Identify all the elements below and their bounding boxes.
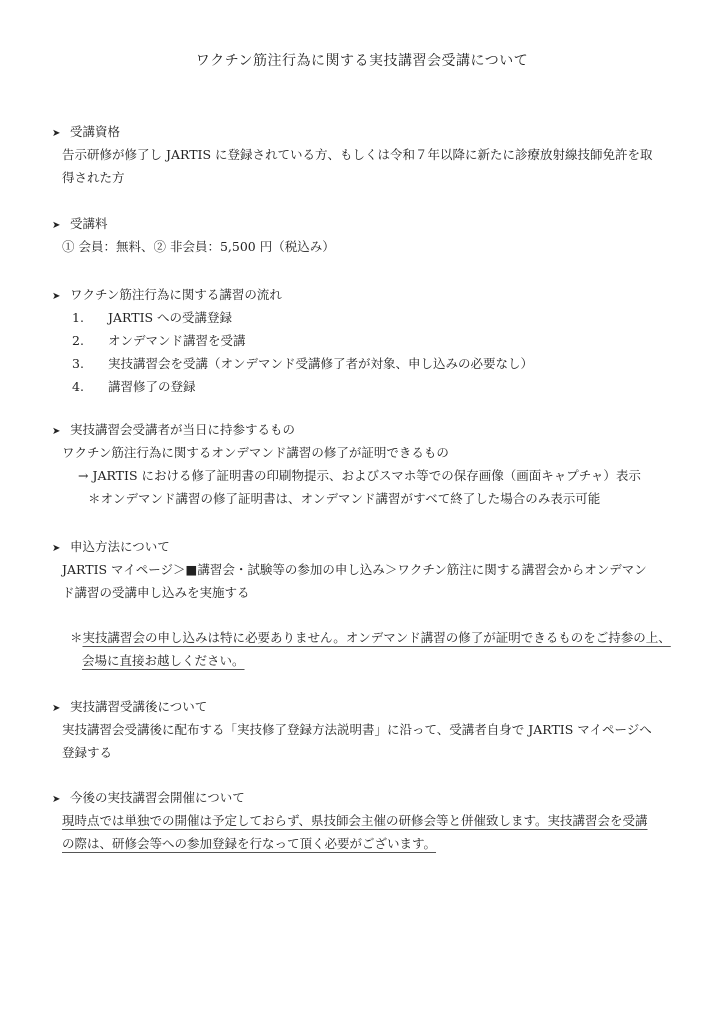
underlined-text: 現時点では単独での開催は予定しておらず、県技師会主催の研修会等と併催致します。実… — [62, 813, 648, 828]
arrow-bullet-icon: ➤ — [52, 420, 70, 443]
arrow-bullet-icon: ➤ — [52, 537, 70, 560]
section-heading: 受講料 — [70, 216, 108, 231]
section-heading: 実技講習受講後について — [70, 699, 207, 714]
section-heading: 受講資格 — [70, 124, 120, 139]
section-eligibility: ➤受講資格 告示研修が修了し JARTIS に登録されている方、もしくは令和７年… — [52, 120, 682, 189]
body-text: 告示研修が修了し JARTIS に登録されている方、もしくは令和７年以降に新たに… — [52, 143, 682, 166]
section-heading: 今後の実技講習会開催について — [70, 790, 245, 805]
section-after-training: ➤実技講習受講後について 実技講習会受講後に配布する「実技修了登録方法説明書」に… — [52, 695, 682, 764]
underlined-text: の際は、研修会等への参加登録を行なって頂く必要がございます。 — [62, 836, 436, 851]
underlined-note: 実技講習会の申し込みは特に必要ありません。オンデマンド講習の修了が証明できるもの… — [83, 630, 671, 645]
section-heading: ワクチン筋注行為に関する講習の流れ — [70, 287, 282, 302]
page-title: ワクチン筋注行為に関する実技講習会受講について — [0, 50, 724, 70]
arrow-bullet-icon: ➤ — [52, 285, 70, 308]
arrow-bullet-icon: ➤ — [52, 697, 70, 720]
body-text: JARTIS マイページ＞■講習会・試験等の参加の申し込み＞ワクチン筋注に関する… — [52, 558, 682, 581]
body-text: 得された方 — [52, 166, 682, 189]
body-text: 実技講習会受講後に配布する「実技修了登録方法説明書」に沿って、受講者自身で JA… — [52, 718, 682, 741]
section-flow: ➤ワクチン筋注行為に関する講習の流れ 1.JARTIS への受講登録 2.オンデ… — [52, 283, 682, 398]
note-line: 会場に直接お越しください。 — [52, 649, 682, 672]
body-text: ド講習の受講申し込みを実施する — [52, 581, 682, 604]
underlined-note: 会場に直接お越しください。 — [82, 653, 245, 668]
arrow-bullet-icon: ➤ — [52, 788, 70, 811]
step-item: 2.オンデマンド講習を受講 — [52, 329, 682, 352]
section-items-to-bring: ➤実技講習会受講者が当日に持参するもの ワクチン筋注行為に関するオンデマンド講習… — [52, 418, 682, 510]
section-heading: 実技講習会受講者が当日に持参するもの — [70, 422, 295, 437]
section-fee: ➤受講料 ① 会員：無料、② 非会員：5,500 円（税込み） — [52, 212, 682, 258]
body-text: → JARTIS における修了証明書の印刷物提示、およびスマホ等での保存画像（画… — [52, 464, 682, 487]
step-item: 4.講習修了の登録 — [52, 375, 682, 398]
fee-text: ① 会員：無料、② 非会員：5,500 円（税込み） — [52, 235, 682, 258]
note-text: ＊オンデマンド講習の修了証明書は、オンデマンド講習がすべて終了した場合のみ表示可… — [52, 487, 682, 510]
step-item: 1.JARTIS への受講登録 — [52, 306, 682, 329]
section-application: ➤申込方法について JARTIS マイページ＞■講習会・試験等の参加の申し込み＞… — [52, 535, 682, 672]
note-line: ＊実技講習会の申し込みは特に必要ありません。オンデマンド講習の修了が証明できるも… — [52, 626, 682, 649]
arrow-bullet-icon: ➤ — [52, 214, 70, 237]
arrow-bullet-icon: ➤ — [52, 122, 70, 145]
section-heading: 申込方法について — [70, 539, 170, 554]
step-item: 3.実技講習会を受講（オンデマンド受講修了者が対象、申し込みの必要なし） — [52, 352, 682, 375]
body-text: ワクチン筋注行為に関するオンデマンド講習の修了が証明できるもの — [52, 441, 682, 464]
body-text: 登録する — [52, 741, 682, 764]
section-future-sessions: ➤今後の実技講習会開催について 現時点では単独での開催は予定しておらず、県技師会… — [52, 786, 682, 855]
